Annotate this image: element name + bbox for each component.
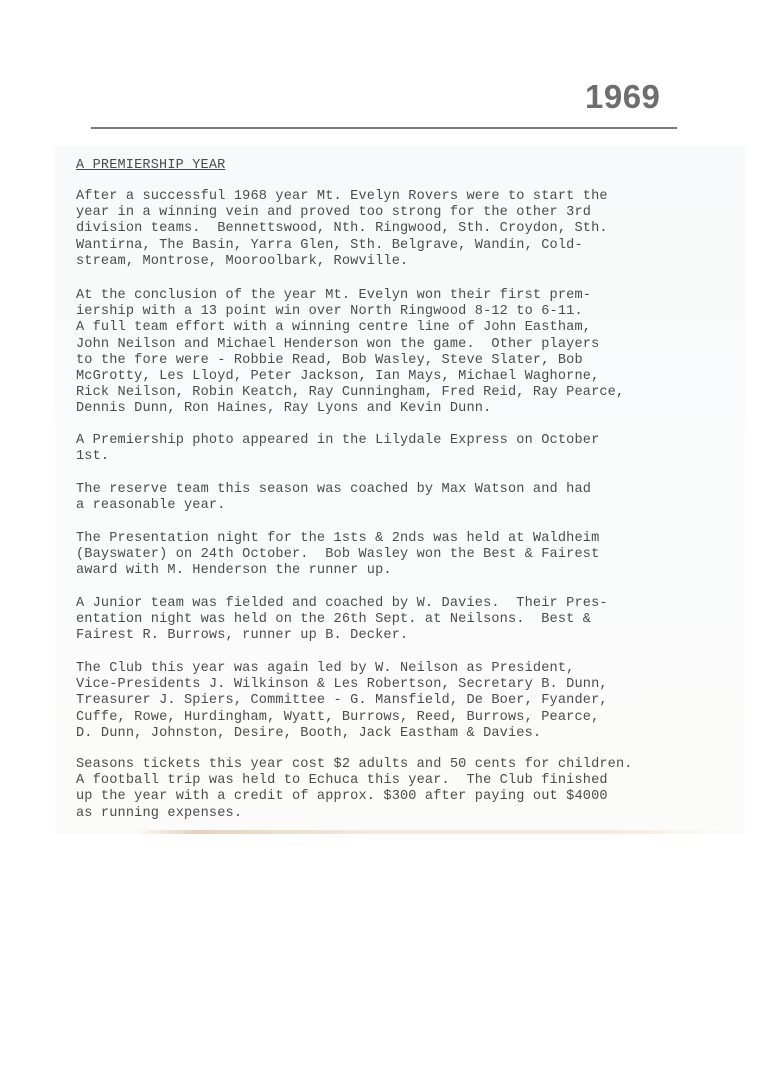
paragraph-premiership-final: At the conclusion of the year Mt. Evelyn… xyxy=(76,288,756,418)
paragraph-finances: Seasons tickets this year cost $2 adults… xyxy=(76,757,756,822)
document-heading: A PREMIERSHIP YEAR xyxy=(76,158,225,173)
paragraph-premiership-photo: A Premiership photo appeared in the Lily… xyxy=(76,433,756,465)
paragraph-presentation-night: The Presentation night for the 1sts & 2n… xyxy=(76,531,756,580)
paragraph-season-summary: After a successful 1968 year Mt. Evelyn … xyxy=(76,189,756,270)
header-divider xyxy=(91,127,677,129)
paragraph-junior-team: A Junior team was fielded and coached by… xyxy=(76,596,756,645)
page-year-title: 1969 xyxy=(585,78,660,116)
paragraph-club-officials: The Club this year was again led by W. N… xyxy=(76,661,756,742)
paragraph-reserve-team: The reserve team this season was coached… xyxy=(76,482,756,514)
